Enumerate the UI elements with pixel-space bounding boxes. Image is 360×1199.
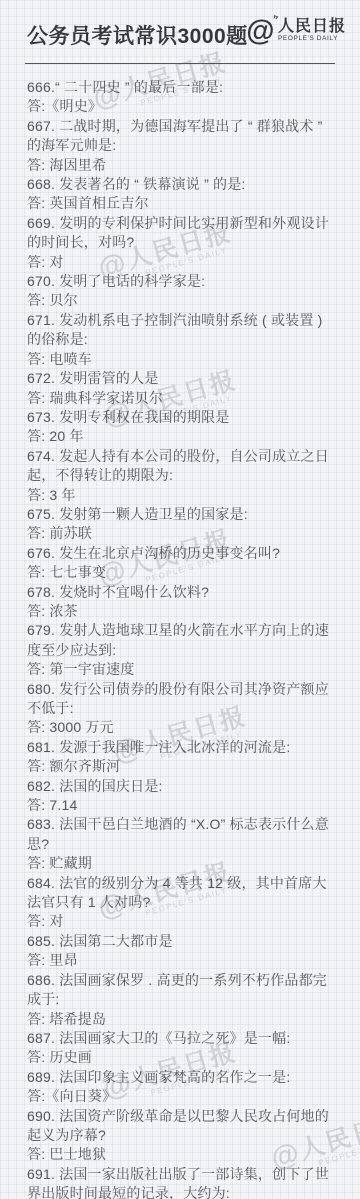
qa-item: 680. 发行公司债券的股份有限公司其净资产额应不低于: 答: 3000 万元 bbox=[27, 680, 335, 738]
question-text: 686. 法国画家保罗 . 高更的一系列不朽作品都完成于: bbox=[27, 971, 335, 1010]
answer-text: 答: 20 年 bbox=[27, 427, 335, 446]
qa-item: 671. 发动机系电子控制汽油喷射系统 ( 或装置 ) 的俗称是: 答: 电喷车 bbox=[27, 311, 335, 369]
question-text: 690. 法国资产阶级革命是以巴黎人民攻占何地的起义为序幕? bbox=[27, 1107, 335, 1146]
qa-item: 674. 发起人持有本公司的股份，自公司成立之日起，不得转让的期限为: 答: 3… bbox=[27, 447, 335, 505]
qa-item: 676. 发生在北京卢沟桥的历史事变名叫? 答: 七七事变 bbox=[27, 544, 335, 583]
answer-text: 答: 浓茶 bbox=[27, 602, 335, 621]
answer-text: 答: 历史画 bbox=[27, 1048, 335, 1067]
question-text: 685. 法国第二大都市是 bbox=[27, 932, 335, 951]
answer-text: 答:《明史》 bbox=[27, 97, 335, 116]
answer-text: 答: 对 bbox=[27, 912, 335, 931]
question-text: 679. 发射人造地球卫星的火箭在水平方向上的速度至少应达到: bbox=[27, 621, 335, 660]
answer-text: 答:《向日葵》 bbox=[27, 1087, 335, 1106]
qa-item: 678. 发烧时不宜喝什么饮料? 答: 浓茶 bbox=[27, 583, 335, 622]
answer-text: 答: 七七事变 bbox=[27, 563, 335, 582]
question-text: 667. 二战时期，为德国海军提出了 “ 群狼战术 ” 的海军元帅是: bbox=[27, 117, 335, 156]
answer-text: 答: 巴士地狱 bbox=[27, 1145, 335, 1164]
question-text: 666.“ 二十四史 ” 的最后一部是: bbox=[27, 78, 335, 97]
qa-item: 669. 发明的专利保护时间比实用新型和外观设计的时间长，对吗? 答: 对 bbox=[27, 214, 335, 272]
question-text: 669. 发明的专利保护时间比实用新型和外观设计的时间长，对吗? bbox=[27, 214, 335, 253]
answer-text: 答: 英国首相丘吉尔 bbox=[27, 194, 335, 213]
answer-text: 答: 7.14 bbox=[27, 796, 335, 815]
question-text: 682. 法国的国庆日是: bbox=[27, 777, 335, 796]
qa-item: 691. 法国一家出版社出版了一部诗集，创下了世界出版时间最短的记录，大约为: bbox=[27, 1165, 335, 1199]
qa-item: 668. 发表著名的 “ 铁幕演说 ” 的是: 答: 英国首相丘吉尔 bbox=[27, 175, 335, 214]
qa-item: 686. 法国画家保罗 . 高更的一系列不朽作品都完成于: 答: 塔希提岛 bbox=[27, 971, 335, 1029]
answer-text: 答: 3000 万元 bbox=[27, 718, 335, 737]
question-text: 671. 发动机系电子控制汽油喷射系统 ( 或装置 ) 的俗称是: bbox=[27, 311, 335, 350]
question-text: 691. 法国一家出版社出版了一部诗集，创下了世界出版时间最短的记录，大约为: bbox=[27, 1165, 335, 1199]
qa-item: 673. 发明专利权在我国的期限是 答: 20 年 bbox=[27, 408, 335, 447]
answer-text: 答: 3 年 bbox=[27, 486, 335, 505]
question-text: 684. 法官的级别分为 4 等共 12 级，其中首席大法官只有 1 人对吗? bbox=[27, 874, 335, 913]
header: 公务员考试常识3000题 @ ” 人民日报 PEOPLE'S DAILY bbox=[0, 0, 360, 64]
question-text: 687. 法国画家大卫的《马拉之死》是一幅: bbox=[27, 1029, 335, 1048]
answer-text: 答: 贮藏期 bbox=[27, 854, 335, 873]
qa-item: 682. 法国的国庆日是: 答: 7.14 bbox=[27, 777, 335, 816]
logo-text: 人民日报 bbox=[278, 18, 346, 35]
qa-list: 666.“ 二十四史 ” 的最后一部是: 答:《明史》 667. 二战时期，为德… bbox=[0, 64, 360, 1199]
qa-item: 666.“ 二十四史 ” 的最后一部是: 答:《明史》 bbox=[27, 78, 335, 117]
answer-text: 答: 瑞典科学家诺贝尔 bbox=[27, 389, 335, 408]
question-text: 676. 发生在北京卢沟桥的历史事变名叫? bbox=[27, 544, 335, 563]
qa-item: 679. 发射人造地球卫星的火箭在水平方向上的速度至少应达到: 答: 第一宇宙速… bbox=[27, 621, 335, 679]
question-text: 675. 发射第一颗人造卫星的国家是: bbox=[27, 505, 335, 524]
qa-item: 667. 二战时期，为德国海军提出了 “ 群狼战术 ” 的海军元帅是: 答: 海… bbox=[27, 117, 335, 175]
answer-text: 答: 第一宇宙速度 bbox=[27, 660, 335, 679]
question-text: 683. 法国干邑白兰地酒的 “X.O” 标志表示什么意思? bbox=[27, 815, 335, 854]
answer-text: 答: 贝尔 bbox=[27, 291, 335, 310]
answer-text: 答: 塔希提岛 bbox=[27, 1010, 335, 1029]
answer-text: 答: 额尔齐斯河 bbox=[27, 757, 335, 776]
logo-subtext: PEOPLE'S DAILY bbox=[278, 35, 346, 43]
question-text: 689. 法国印象主义画家梵高的名作之一是: bbox=[27, 1068, 335, 1087]
qa-item: 685. 法国第二大都市是 答: 里昂 bbox=[27, 932, 335, 971]
question-text: 680. 发行公司债券的股份有限公司其净资产额应不低于: bbox=[27, 680, 335, 719]
question-text: 670. 发明了电话的科学家是: bbox=[27, 272, 335, 291]
qa-item: 690. 法国资产阶级革命是以巴黎人民攻占何地的起义为序幕? 答: 巴士地狱 bbox=[27, 1107, 335, 1165]
qa-item: 684. 法官的级别分为 4 等共 12 级，其中首席大法官只有 1 人对吗? … bbox=[27, 874, 335, 932]
peoples-daily-logo: @ ” 人民日报 PEOPLE'S DAILY bbox=[246, 16, 346, 46]
qa-item: 681. 发源于我国唯一注入北冰洋的河流是: 答: 额尔齐斯河 bbox=[27, 738, 335, 777]
answer-text: 答: 海因里希 bbox=[27, 156, 335, 175]
header-divider bbox=[25, 63, 335, 64]
answer-text: 答: 前苏联 bbox=[27, 524, 335, 543]
page-title: 公务员考试常识3000题 bbox=[27, 20, 248, 50]
question-text: 678. 发烧时不宜喝什么饮料? bbox=[27, 583, 335, 602]
qa-item: 670. 发明了电话的科学家是: 答: 贝尔 bbox=[27, 272, 335, 311]
qa-item: 672. 发明雷管的人是 答: 瑞典科学家诺贝尔 bbox=[27, 369, 335, 408]
question-text: 681. 发源于我国唯一注入北冰洋的河流是: bbox=[27, 738, 335, 757]
qa-item: 689. 法国印象主义画家梵高的名作之一是: 答:《向日葵》 bbox=[27, 1068, 335, 1107]
answer-text: 答: 里昂 bbox=[27, 951, 335, 970]
answer-text: 答: 电喷车 bbox=[27, 350, 335, 369]
question-text: 674. 发起人持有本公司的股份，自公司成立之日起，不得转让的期限为: bbox=[27, 447, 335, 486]
at-icon: @ bbox=[246, 16, 274, 46]
qa-item: 687. 法国画家大卫的《马拉之死》是一幅: 答: 历史画 bbox=[27, 1029, 335, 1068]
question-text: 672. 发明雷管的人是 bbox=[27, 369, 335, 388]
answer-text: 答: 对 bbox=[27, 253, 335, 272]
question-text: 668. 发表著名的 “ 铁幕演说 ” 的是: bbox=[27, 175, 335, 194]
question-text: 673. 发明专利权在我国的期限是 bbox=[27, 408, 335, 427]
qa-item: 683. 法国干邑白兰地酒的 “X.O” 标志表示什么意思? 答: 贮藏期 bbox=[27, 815, 335, 873]
qa-item: 675. 发射第一颗人造卫星的国家是: 答: 前苏联 bbox=[27, 505, 335, 544]
